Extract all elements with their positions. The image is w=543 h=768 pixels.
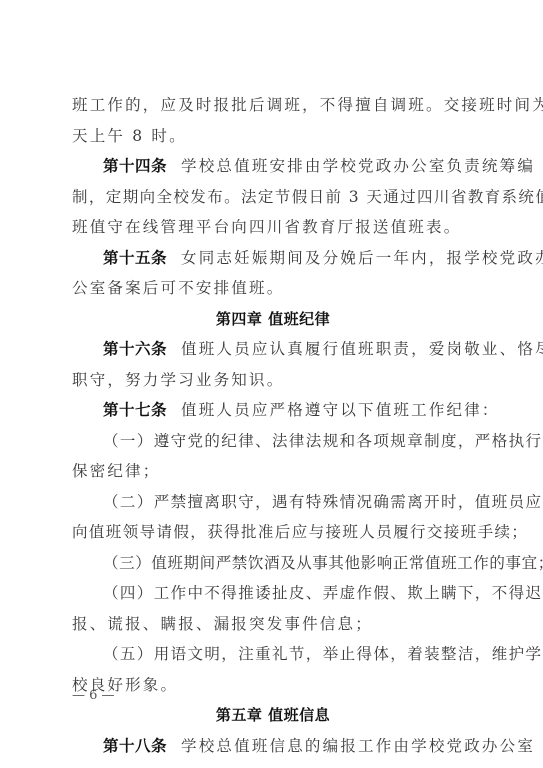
chapter-heading: 第五章 值班信息 [72,700,474,731]
list-item: （三）值班期间严禁饮酒及从事其他影响正常值班工作的事宜； [72,548,474,579]
document-body: 班工作的，应及时报批后调班，不得擅自调班。交接班时间为每 天上午 8 时。 第十… [72,90,474,761]
article-label: 第十四条 [103,157,167,175]
list-item: （五）用语文明，注重礼节，举止得体，着装整洁，维护学 [72,639,474,670]
article-label: 第十五条 [103,249,167,267]
list-item: （四）工作中不得推诿扯皮、弄虚作假、欺上瞒下，不得迟 [72,578,474,609]
list-item: （二）严禁擅离职守，遇有特殊情况确需离开时，值班员应 [72,487,474,518]
article-16: 第十六条值班人员应认真履行值班职责，爱岗敬业、恪尽 [72,334,474,365]
article-label: 第十六条 [103,340,167,358]
article-text: 值班人员应认真履行值班职责，爱岗敬业、恪尽 [181,340,543,358]
article-text: 女同志妊娠期间及分娩后一年内，报学校党政办 [181,249,543,267]
text-line: 制，定期向全校发布。法定节假日前 3 天通过四川省教育系统值 [72,182,474,213]
text-line: 天上午 8 时。 [72,121,474,152]
text-line: 报、谎报、瞒报、漏报突发事件信息； [72,609,474,640]
list-item: （一）遵守党的纪律、法律法规和各项规章制度，严格执行 [72,426,474,457]
article-label: 第十八条 [103,737,167,755]
text-line: 班值守在线管理平台向四川省教育厅报送值班表。 [72,212,474,243]
text-line: 职守，努力学习业务知识。 [72,365,474,396]
text-line: 保密纪律； [72,456,474,487]
chapter-heading: 第四章 值班纪律 [72,304,474,335]
article-text: 值班人员应严格遵守以下值班工作纪律： [181,401,500,419]
page-number: — 6 — [72,688,115,703]
article-text: 学校总值班信息的编报工作由学校党政办公室 [181,737,535,755]
text-line: 向值班领导请假，获得批准后应与接班人员履行交接班手续； [72,517,474,548]
article-text: 学校总值班安排由学校党政办公室负责统筹编 [181,157,535,175]
text-line: 校良好形象。 [72,670,474,701]
document-page: 班工作的，应及时报批后调班，不得擅自调班。交接班时间为每 天上午 8 时。 第十… [0,0,543,768]
article-18: 第十八条学校总值班信息的编报工作由学校党政办公室 [72,731,474,762]
article-14: 第十四条学校总值班安排由学校党政办公室负责统筹编 [72,151,474,182]
article-17: 第十七条值班人员应严格遵守以下值班工作纪律： [72,395,474,426]
text-line: 班工作的，应及时报批后调班，不得擅自调班。交接班时间为每 [72,90,474,121]
text-line: 公室备案后可不安排值班。 [72,273,474,304]
article-15: 第十五条女同志妊娠期间及分娩后一年内，报学校党政办 [72,243,474,274]
article-label: 第十七条 [103,401,167,419]
